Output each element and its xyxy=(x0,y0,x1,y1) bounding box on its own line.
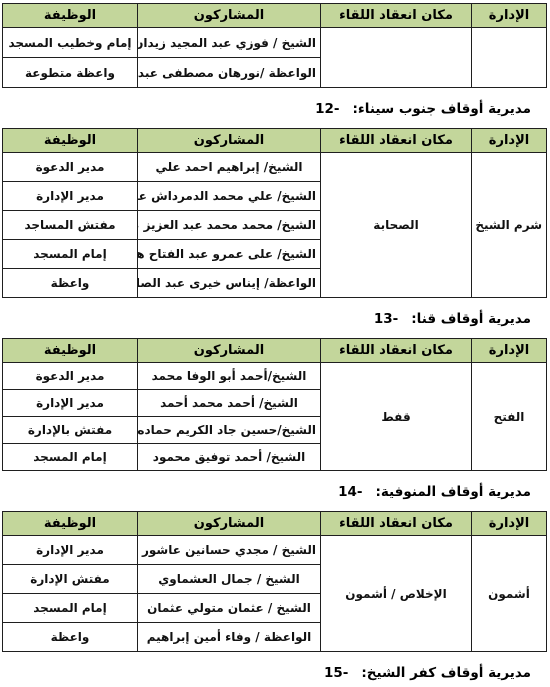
header-admin: الإدارة xyxy=(472,4,547,28)
org-table: الإدارةمكان انعقاد اللقاءالمشاركونالوظيف… xyxy=(2,3,547,88)
participant-cell: الشيخ/أحمد أبو الوفا محمد xyxy=(138,363,321,390)
header-participants: المشاركون xyxy=(138,512,321,536)
participant-cell: الشيخ/حسين جاد الكريم حماده xyxy=(138,417,321,444)
section-heading: مديرية أوقاف جنوب سيناء:12- xyxy=(3,99,547,119)
table-header-row: الإدارةمكان انعقاد اللقاءالمشاركونالوظيف… xyxy=(3,512,547,536)
admin-cell xyxy=(472,28,547,88)
section-heading-text: مديرية أوقاف جنوب سيناء: xyxy=(352,101,531,117)
header-job: الوظيفة xyxy=(3,512,138,536)
job-cell: واعظة xyxy=(3,269,138,298)
participant-cell: الواعظة / وفاء أمين إبراهيم xyxy=(138,623,321,652)
table-row: الشيخ / فوزي عبد المجيد زيدانإمام وخطيب … xyxy=(3,28,547,58)
participant-cell: الواعظة /نورهان مصطفى عبد القادر xyxy=(138,58,321,88)
participant-cell: الشيخ/ علي محمد الدمرداش عيسى xyxy=(138,182,321,211)
job-cell: إمام المسجد xyxy=(3,594,138,623)
place-cell: قفط xyxy=(321,363,472,471)
admin-cell: أشمون xyxy=(472,536,547,652)
participant-cell: الشيخ/ أحمد توفيق محمود xyxy=(138,444,321,471)
section-heading-number: 14- xyxy=(338,482,362,502)
section-heading: مديرية أوقاف كفر الشيخ:15- xyxy=(3,663,547,683)
org-table: الإدارةمكان انعقاد اللقاءالمشاركونالوظيف… xyxy=(2,511,547,652)
header-admin: الإدارة xyxy=(472,339,547,363)
job-cell: مدير الإدارة xyxy=(3,182,138,211)
section-heading-text: مديرية أوقاف المنوفية: xyxy=(375,484,531,500)
place-cell xyxy=(321,28,472,88)
org-table: الإدارةمكان انعقاد اللقاءالمشاركونالوظيف… xyxy=(2,128,547,298)
participant-cell: الشيخ/ محمد محمد عبد العزيز عفيفي xyxy=(138,211,321,240)
place-cell: الصحابة xyxy=(321,153,472,298)
header-place: مكان انعقاد اللقاء xyxy=(321,129,472,153)
section-heading: مديرية أوقاف قنا:13- xyxy=(3,309,547,329)
header-place: مكان انعقاد اللقاء xyxy=(321,4,472,28)
participant-cell: الشيخ/ أحمد محمد أحمد xyxy=(138,390,321,417)
admin-cell: الفتح xyxy=(472,363,547,471)
header-participants: المشاركون xyxy=(138,4,321,28)
job-cell: واعظة متطوعة xyxy=(3,58,138,88)
header-job: الوظيفة xyxy=(3,339,138,363)
header-participants: المشاركون xyxy=(138,339,321,363)
admin-cell: شرم الشيخ xyxy=(472,153,547,298)
participant-cell: الشيخ / جمال العشماوي xyxy=(138,565,321,594)
org-table: الإدارةمكان انعقاد اللقاءالمشاركونالوظيف… xyxy=(2,338,547,471)
job-cell: إمام المسجد xyxy=(3,240,138,269)
job-cell: مفتش بالإدارة xyxy=(3,417,138,444)
header-participants: المشاركون xyxy=(138,129,321,153)
table-row: شرم الشيخالصحابةالشيخ/ إبراهيم احمد عليم… xyxy=(3,153,547,182)
participant-cell: الشيخ / عثمان متولي عثمان xyxy=(138,594,321,623)
job-cell: مدير الإدارة xyxy=(3,536,138,565)
job-cell: مدير الدعوة xyxy=(3,363,138,390)
table-header-row: الإدارةمكان انعقاد اللقاءالمشاركونالوظيف… xyxy=(3,339,547,363)
participant-cell: الشيخ / مجدي حسانين عاشور xyxy=(138,536,321,565)
section-heading-number: 12- xyxy=(315,99,339,119)
table-header-row: الإدارةمكان انعقاد اللقاءالمشاركونالوظيف… xyxy=(3,4,547,28)
section-heading: مديرية أوقاف المنوفية:14- xyxy=(3,482,547,502)
section-heading-text: مديرية أوقاف قنا: xyxy=(411,311,531,327)
participant-cell: الشيخ/ إبراهيم احمد علي xyxy=(138,153,321,182)
header-place: مكان انعقاد اللقاء xyxy=(321,512,472,536)
header-place: مكان انعقاد اللقاء xyxy=(321,339,472,363)
job-cell: واعظة xyxy=(3,623,138,652)
place-cell: الإخلاص / أشمون xyxy=(321,536,472,652)
job-cell: مدير الإدارة xyxy=(3,390,138,417)
header-job: الوظيفة xyxy=(3,129,138,153)
section-heading-text: مديرية أوقاف كفر الشيخ: xyxy=(361,665,531,681)
header-admin: الإدارة xyxy=(472,512,547,536)
job-cell: مدير الدعوة xyxy=(3,153,138,182)
header-job: الوظيفة xyxy=(3,4,138,28)
job-cell: إمام المسجد xyxy=(3,444,138,471)
document-page: الإدارةمكان انعقاد اللقاءالمشاركونالوظيف… xyxy=(0,0,550,683)
participant-cell: الواعظة/ إيناس خيرى عبد الصادق xyxy=(138,269,321,298)
header-admin: الإدارة xyxy=(472,129,547,153)
section-heading-number: 15- xyxy=(324,663,348,683)
section-heading-number: 13- xyxy=(374,309,398,329)
job-cell: مفتش المساجد xyxy=(3,211,138,240)
table-header-row: الإدارةمكان انعقاد اللقاءالمشاركونالوظيف… xyxy=(3,129,547,153)
table-row: الفتحقفطالشيخ/أحمد أبو الوفا محمدمدير ال… xyxy=(3,363,547,390)
table-row: أشمونالإخلاص / أشمونالشيخ / مجدي حسانين … xyxy=(3,536,547,565)
participant-cell: الشيخ/ على عمرو عبد الفتاح هنو xyxy=(138,240,321,269)
job-cell: إمام وخطيب المسجد xyxy=(3,28,138,58)
participant-cell: الشيخ / فوزي عبد المجيد زيدان xyxy=(138,28,321,58)
job-cell: مفتش الإدارة xyxy=(3,565,138,594)
